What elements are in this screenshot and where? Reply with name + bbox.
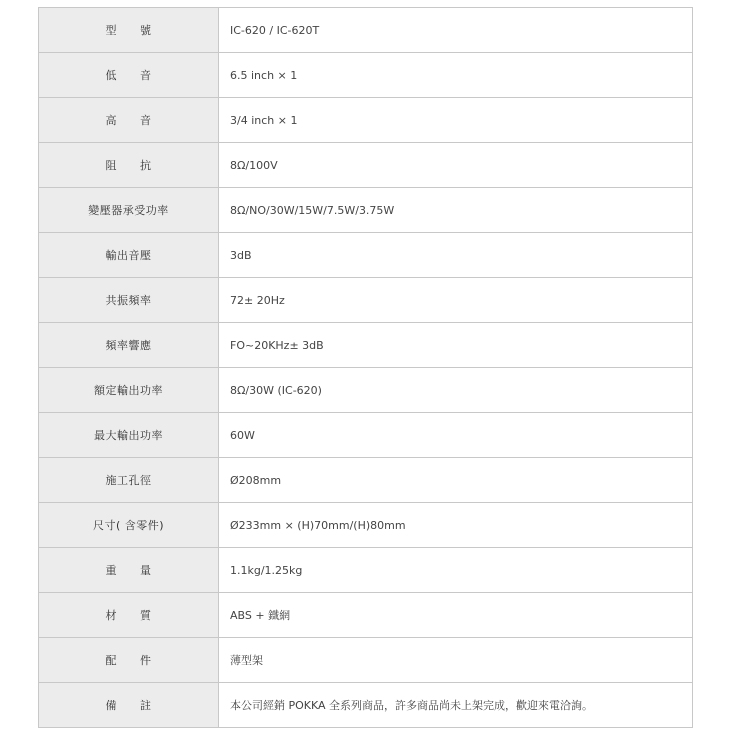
table-row: 輸出音壓 3dB — [39, 233, 693, 278]
spec-table: 型 號 IC-620 / IC-620T 低 音 6.5 inch × 1 高 … — [38, 7, 693, 728]
row-label-material: 材 質 — [39, 593, 219, 638]
table-row: 備 註 本公司經銷 POKKA 全系列商品，許多商品尚未上架完成，歡迎來電洽詢。 — [39, 683, 693, 728]
table-row: 施工孔徑 Ø208mm — [39, 458, 693, 503]
table-row: 高 音 3/4 inch × 1 — [39, 98, 693, 143]
table-row: 變壓器承受功率 8Ω/NO/30W/15W/7.5W/3.75W — [39, 188, 693, 233]
row-value-accessories: 薄型架 — [219, 638, 693, 683]
row-value-material: ABS + 鐵網 — [219, 593, 693, 638]
row-value-frequency-response: FO~20KHz± 3dB — [219, 323, 693, 368]
table-row: 型 號 IC-620 / IC-620T — [39, 8, 693, 53]
row-value-rated-power: 8Ω/30W (IC-620) — [219, 368, 693, 413]
row-value-model: IC-620 / IC-620T — [219, 8, 693, 53]
row-label-dimensions: 尺寸( 含零件) — [39, 503, 219, 548]
row-value-cutout: Ø208mm — [219, 458, 693, 503]
row-value-weight: 1.1kg/1.25kg — [219, 548, 693, 593]
table-row: 配 件 薄型架 — [39, 638, 693, 683]
row-label-sensitivity: 輸出音壓 — [39, 233, 219, 278]
row-label-rated-power: 額定輸出功率 — [39, 368, 219, 413]
table-row: 材 質 ABS + 鐵網 — [39, 593, 693, 638]
row-value-sensitivity: 3dB — [219, 233, 693, 278]
table-row: 阻 抗 8Ω/100V — [39, 143, 693, 188]
table-row: 最大輸出功率 60W — [39, 413, 693, 458]
row-label-weight: 重 量 — [39, 548, 219, 593]
row-label-accessories: 配 件 — [39, 638, 219, 683]
row-label-tweeter: 高 音 — [39, 98, 219, 143]
row-value-dimensions: Ø233mm × (H)70mm/(H)80mm — [219, 503, 693, 548]
row-value-tweeter: 3/4 inch × 1 — [219, 98, 693, 143]
row-label-remarks: 備 註 — [39, 683, 219, 728]
row-value-transformer-power: 8Ω/NO/30W/15W/7.5W/3.75W — [219, 188, 693, 233]
table-row: 頻率響應 FO~20KHz± 3dB — [39, 323, 693, 368]
row-value-impedance: 8Ω/100V — [219, 143, 693, 188]
table-row: 額定輸出功率 8Ω/30W (IC-620) — [39, 368, 693, 413]
row-label-cutout: 施工孔徑 — [39, 458, 219, 503]
row-label-max-power: 最大輸出功率 — [39, 413, 219, 458]
table-row: 共振頻率 72± 20Hz — [39, 278, 693, 323]
row-label-impedance: 阻 抗 — [39, 143, 219, 188]
table-row: 低 音 6.5 inch × 1 — [39, 53, 693, 98]
row-label-resonance: 共振頻率 — [39, 278, 219, 323]
row-value-woofer: 6.5 inch × 1 — [219, 53, 693, 98]
table-row: 尺寸( 含零件) Ø233mm × (H)70mm/(H)80mm — [39, 503, 693, 548]
row-label-model: 型 號 — [39, 8, 219, 53]
row-value-max-power: 60W — [219, 413, 693, 458]
row-label-woofer: 低 音 — [39, 53, 219, 98]
table-row: 重 量 1.1kg/1.25kg — [39, 548, 693, 593]
row-value-remarks: 本公司經銷 POKKA 全系列商品，許多商品尚未上架完成，歡迎來電洽詢。 — [219, 683, 693, 728]
row-value-resonance: 72± 20Hz — [219, 278, 693, 323]
row-label-frequency-response: 頻率響應 — [39, 323, 219, 368]
row-label-transformer-power: 變壓器承受功率 — [39, 188, 219, 233]
